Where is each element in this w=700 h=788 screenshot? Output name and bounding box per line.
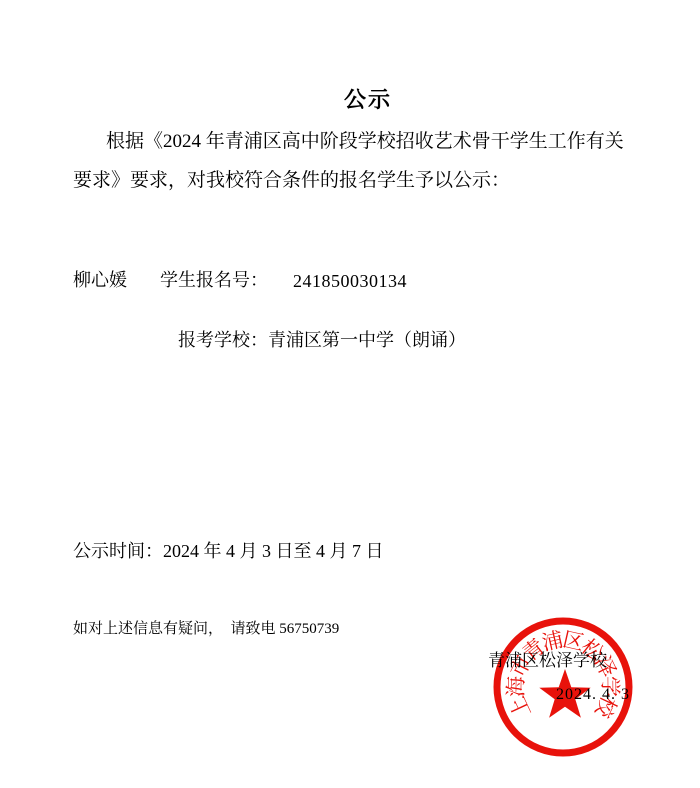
signature-date: 2024. 4. 3 xyxy=(556,686,630,704)
document-page: 公示 根据《2024 年青浦区高中阶段学校招收艺术骨干学生工作有关 要求》要求，… xyxy=(0,0,700,788)
target-school-row: 报考学校：青浦区第一中学（朗诵） xyxy=(160,309,466,371)
target-school-value: 青浦区第一中学（朗诵） xyxy=(268,330,466,350)
student-name: 柳心媛 xyxy=(73,270,127,291)
signature-school-name: 青浦区松泽学校 xyxy=(488,651,607,671)
publicity-period: 公示时间：2024 年 4 月 3 日至 4 月 7 日 xyxy=(73,541,384,562)
contact-line: 如对上述信息有疑问， 请致电 56750739 xyxy=(73,621,339,638)
intro-paragraph-line-2: 要求》要求，对我校符合条件的报名学生予以公示： xyxy=(73,170,510,192)
page-title: 公示 xyxy=(344,87,392,112)
registration-number-label: 学生报名号： xyxy=(160,270,268,291)
target-school-label: 报考学校： xyxy=(178,330,268,350)
intro-paragraph-line-1: 根据《2024 年青浦区高中阶段学校招收艺术骨干学生工作有关 xyxy=(106,131,624,153)
registration-number-value: 241850030134 xyxy=(293,271,407,292)
